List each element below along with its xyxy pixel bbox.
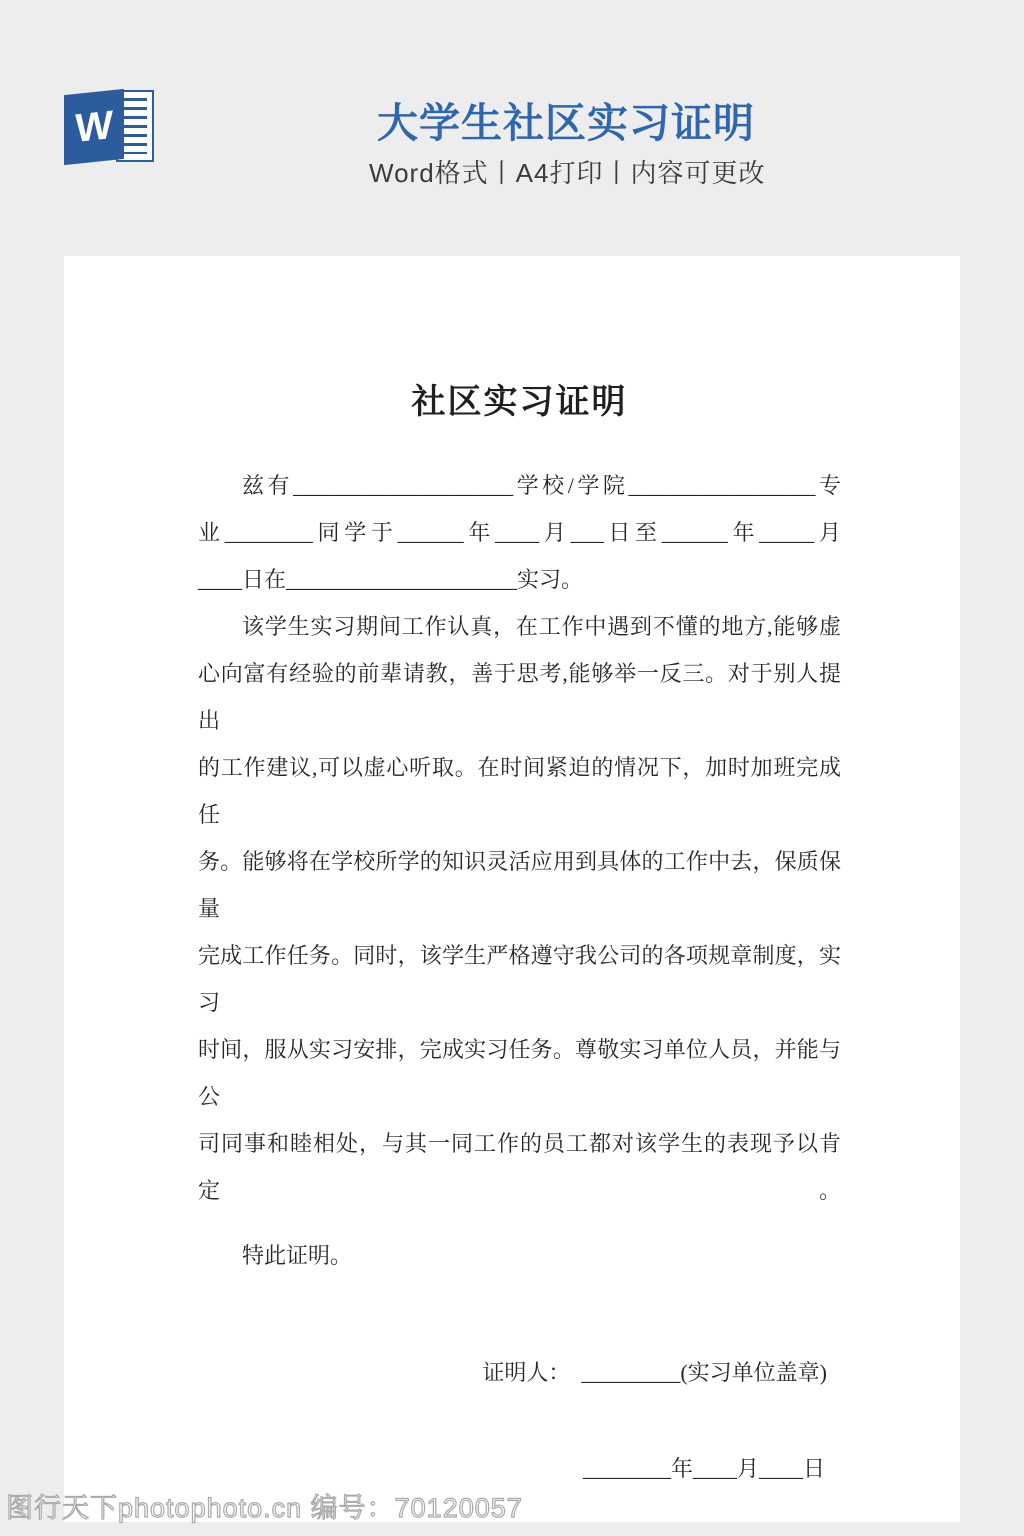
template-header: W 大学生社区实习证明 Word格式丨A4打印丨内容可更改: [0, 0, 1024, 256]
word-icon-letter: W: [64, 89, 124, 165]
body-line: 业________同学于______年____月___日至______年____…: [198, 509, 841, 556]
body-line: 司同事和睦相处，与其一同工作的员工都对该学生的表现予以肯定。: [198, 1120, 841, 1214]
body-line: 的工作建议,可以虚心听取。在时间紧迫的情况下，加时加班完成任: [198, 744, 841, 838]
body-line: 心向富有经验的前辈请教，善于思考,能够举一反三。对于别人提出: [198, 650, 841, 744]
body-line: 时间，服从实习安排，完成实习任务。尊敬实习单位人员，并能与公: [198, 1026, 841, 1120]
document-page: 社区实习证明 兹有____________________学校/学院______…: [64, 256, 960, 1522]
signer-line: 证明人： _________(实习单位盖章): [198, 1349, 841, 1396]
body-line: 兹有____________________学校/学院_____________…: [198, 462, 841, 509]
document-title: 社区实习证明: [198, 374, 841, 423]
word-icon-text-lines: [123, 98, 147, 154]
body-line: 完成工作任务。同时，该学生严格遵守我公司的各项规章制度，实习: [198, 932, 841, 1026]
header-subtitle: Word格式丨A4打印丨内容可更改: [369, 153, 765, 190]
document-body: 兹有____________________学校/学院_____________…: [198, 462, 841, 1492]
date-line: ________年____月____日: [198, 1445, 841, 1492]
watermark: 图行天下photophoto.cn 编号：70120057: [6, 1486, 523, 1525]
closing-line: 特此证明。: [198, 1232, 841, 1279]
body-line: 务。能够将在学校所学的知识灵活应用到具体的工作中去，保质保量: [198, 838, 841, 932]
word-file-icon: W: [62, 82, 158, 170]
body-line: ____日在_____________________实习。: [198, 556, 841, 603]
header-title: 大学生社区实习证明: [377, 90, 755, 149]
body-line: 该学生实习期间工作认真，在工作中遇到不懂的地方,能够虚: [198, 603, 841, 650]
